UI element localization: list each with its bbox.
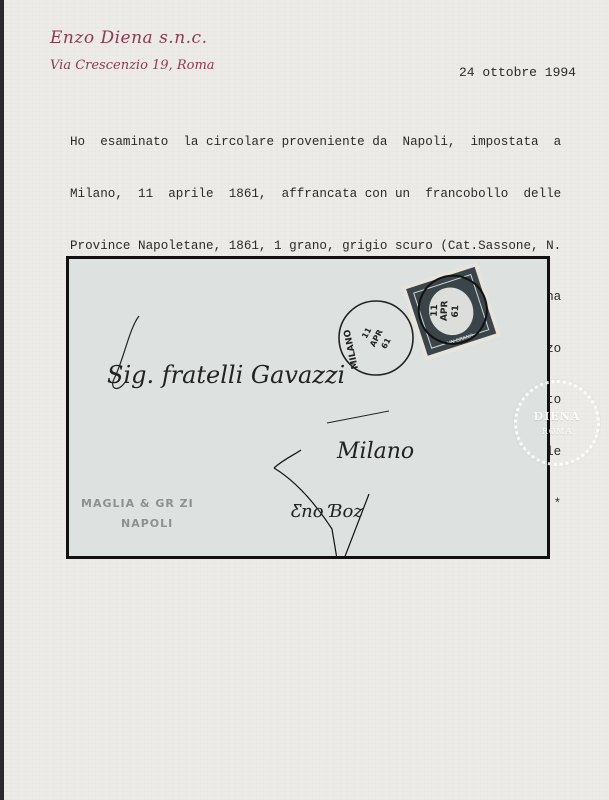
text-line: Province Napoletane, 1861, 1 grano, grig… <box>70 238 590 255</box>
sender-handstamp-line-2: NAPOLI <box>121 517 173 530</box>
svg-text:61: 61 <box>451 305 461 318</box>
letterhead: Enzo Diena s.n.c. Via Crescenzio 19, Rom… <box>50 28 215 73</box>
certificate-sheet: Enzo Diena s.n.c. Via Crescenzio 19, Rom… <box>4 0 609 800</box>
letterhead-address: Via Crescenzio 19, Roma <box>50 58 215 73</box>
cover-photograph: MILANO 11 APR 61 UN GRANO APR 11 61 <box>66 256 550 559</box>
text-line: Milano, 11 aprile 1861, affrancata con u… <box>70 186 590 203</box>
text-line: Ho esaminato la circolare proveniente da… <box>70 134 590 151</box>
sender-handstamp-line-1: MAGLIA & GR ZI <box>81 497 194 510</box>
cover-address-city: Milano <box>337 439 414 464</box>
certificate-date: 24 ottobre 1994 <box>459 65 576 80</box>
stamp: UN GRANO APR 11 61 <box>401 262 501 361</box>
emboss-seal-name: DIENA <box>534 410 581 423</box>
emboss-seal: DIENA ROMA <box>514 380 600 466</box>
cover-signature: Ƹno Ɓoz <box>291 501 363 522</box>
emboss-seal-city: ROMA <box>542 427 573 436</box>
letterhead-company: Enzo Diena s.n.c. <box>50 28 215 48</box>
svg-text:APR: APR <box>440 300 451 321</box>
postmark-city: MILANO <box>343 328 361 370</box>
cover-address-name: Sig. fratelli Gavazzi <box>107 361 345 389</box>
svg-text:11: 11 <box>430 304 440 317</box>
